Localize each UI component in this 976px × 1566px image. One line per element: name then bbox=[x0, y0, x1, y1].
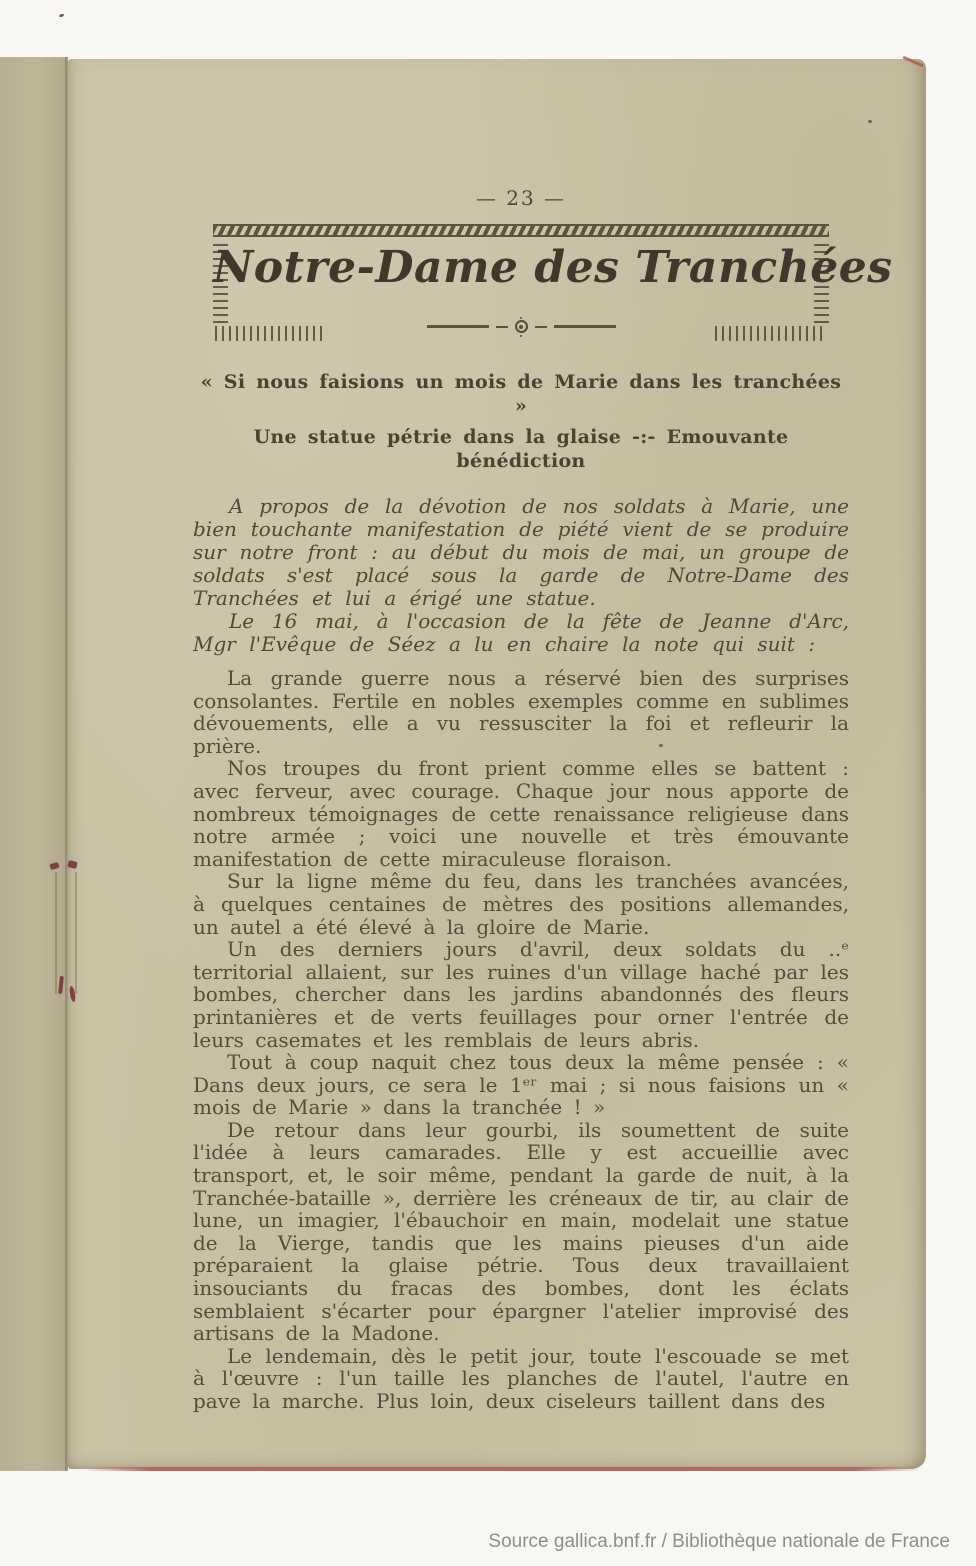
paper-speck bbox=[868, 120, 872, 123]
ornament-dash bbox=[535, 326, 547, 328]
ornament-line bbox=[427, 325, 489, 328]
binding-thread-mark bbox=[55, 872, 57, 994]
hatched-rule-ornament bbox=[213, 224, 829, 237]
headline-subtitle: Une statue pétrie dans la glaise -:- Emo… bbox=[193, 425, 849, 473]
gallica-source-credit: Source gallica.bnf.fr / Bibliothèque nat… bbox=[488, 1531, 950, 1553]
paragraph: Un des derniers jours d'avril, deux sold… bbox=[193, 938, 849, 1051]
headline-quote: « Si nous faisions un mois de Marie dans… bbox=[193, 370, 849, 418]
paragraph: Sur la ligne même du feu, dans les tranc… bbox=[193, 870, 849, 938]
paragraph: De retour dans leur gourbi, ils soumette… bbox=[193, 1119, 849, 1345]
title-ornament-box: Notre-Dame des Tranchées bbox=[213, 224, 829, 344]
ornament-line bbox=[554, 325, 616, 328]
paragraph: Tout à coup naquit chez tous deux la mêm… bbox=[193, 1051, 849, 1119]
paragraph: Le lendemain, dès le petit jour, toute l… bbox=[193, 1345, 849, 1413]
red-page-edge bbox=[84, 1467, 920, 1471]
printed-content: — 23 — Notre-Dame des Tranchées « Si nou… bbox=[193, 186, 849, 1413]
ornament-dash bbox=[496, 326, 508, 328]
adjacent-page-edge bbox=[0, 57, 67, 1471]
paper-speck bbox=[59, 13, 65, 18]
ornament-dot-icon bbox=[515, 320, 528, 333]
body-text-section: La grande guerre nous a réservé bien des… bbox=[193, 667, 849, 1413]
paragraph: Le 16 mai, à l'occasion de la fête de Je… bbox=[193, 610, 849, 656]
page-number: — 23 — bbox=[193, 186, 849, 210]
scanned-document-page: — 23 — Notre-Dame des Tranchées « Si nou… bbox=[0, 0, 976, 1566]
paragraph: Nos troupes du front prient comme elles … bbox=[193, 757, 849, 870]
article-title: Notre-Dame des Tranchées bbox=[213, 242, 829, 293]
intro-italic-section: A propos de la dévotion de nos soldats à… bbox=[193, 495, 849, 656]
paragraph: A propos de la dévotion de nos soldats à… bbox=[193, 495, 849, 610]
paragraph: La grande guerre nous a réservé bien des… bbox=[193, 667, 849, 757]
divider-ornament bbox=[213, 320, 829, 333]
binding-thread-mark bbox=[75, 872, 77, 994]
